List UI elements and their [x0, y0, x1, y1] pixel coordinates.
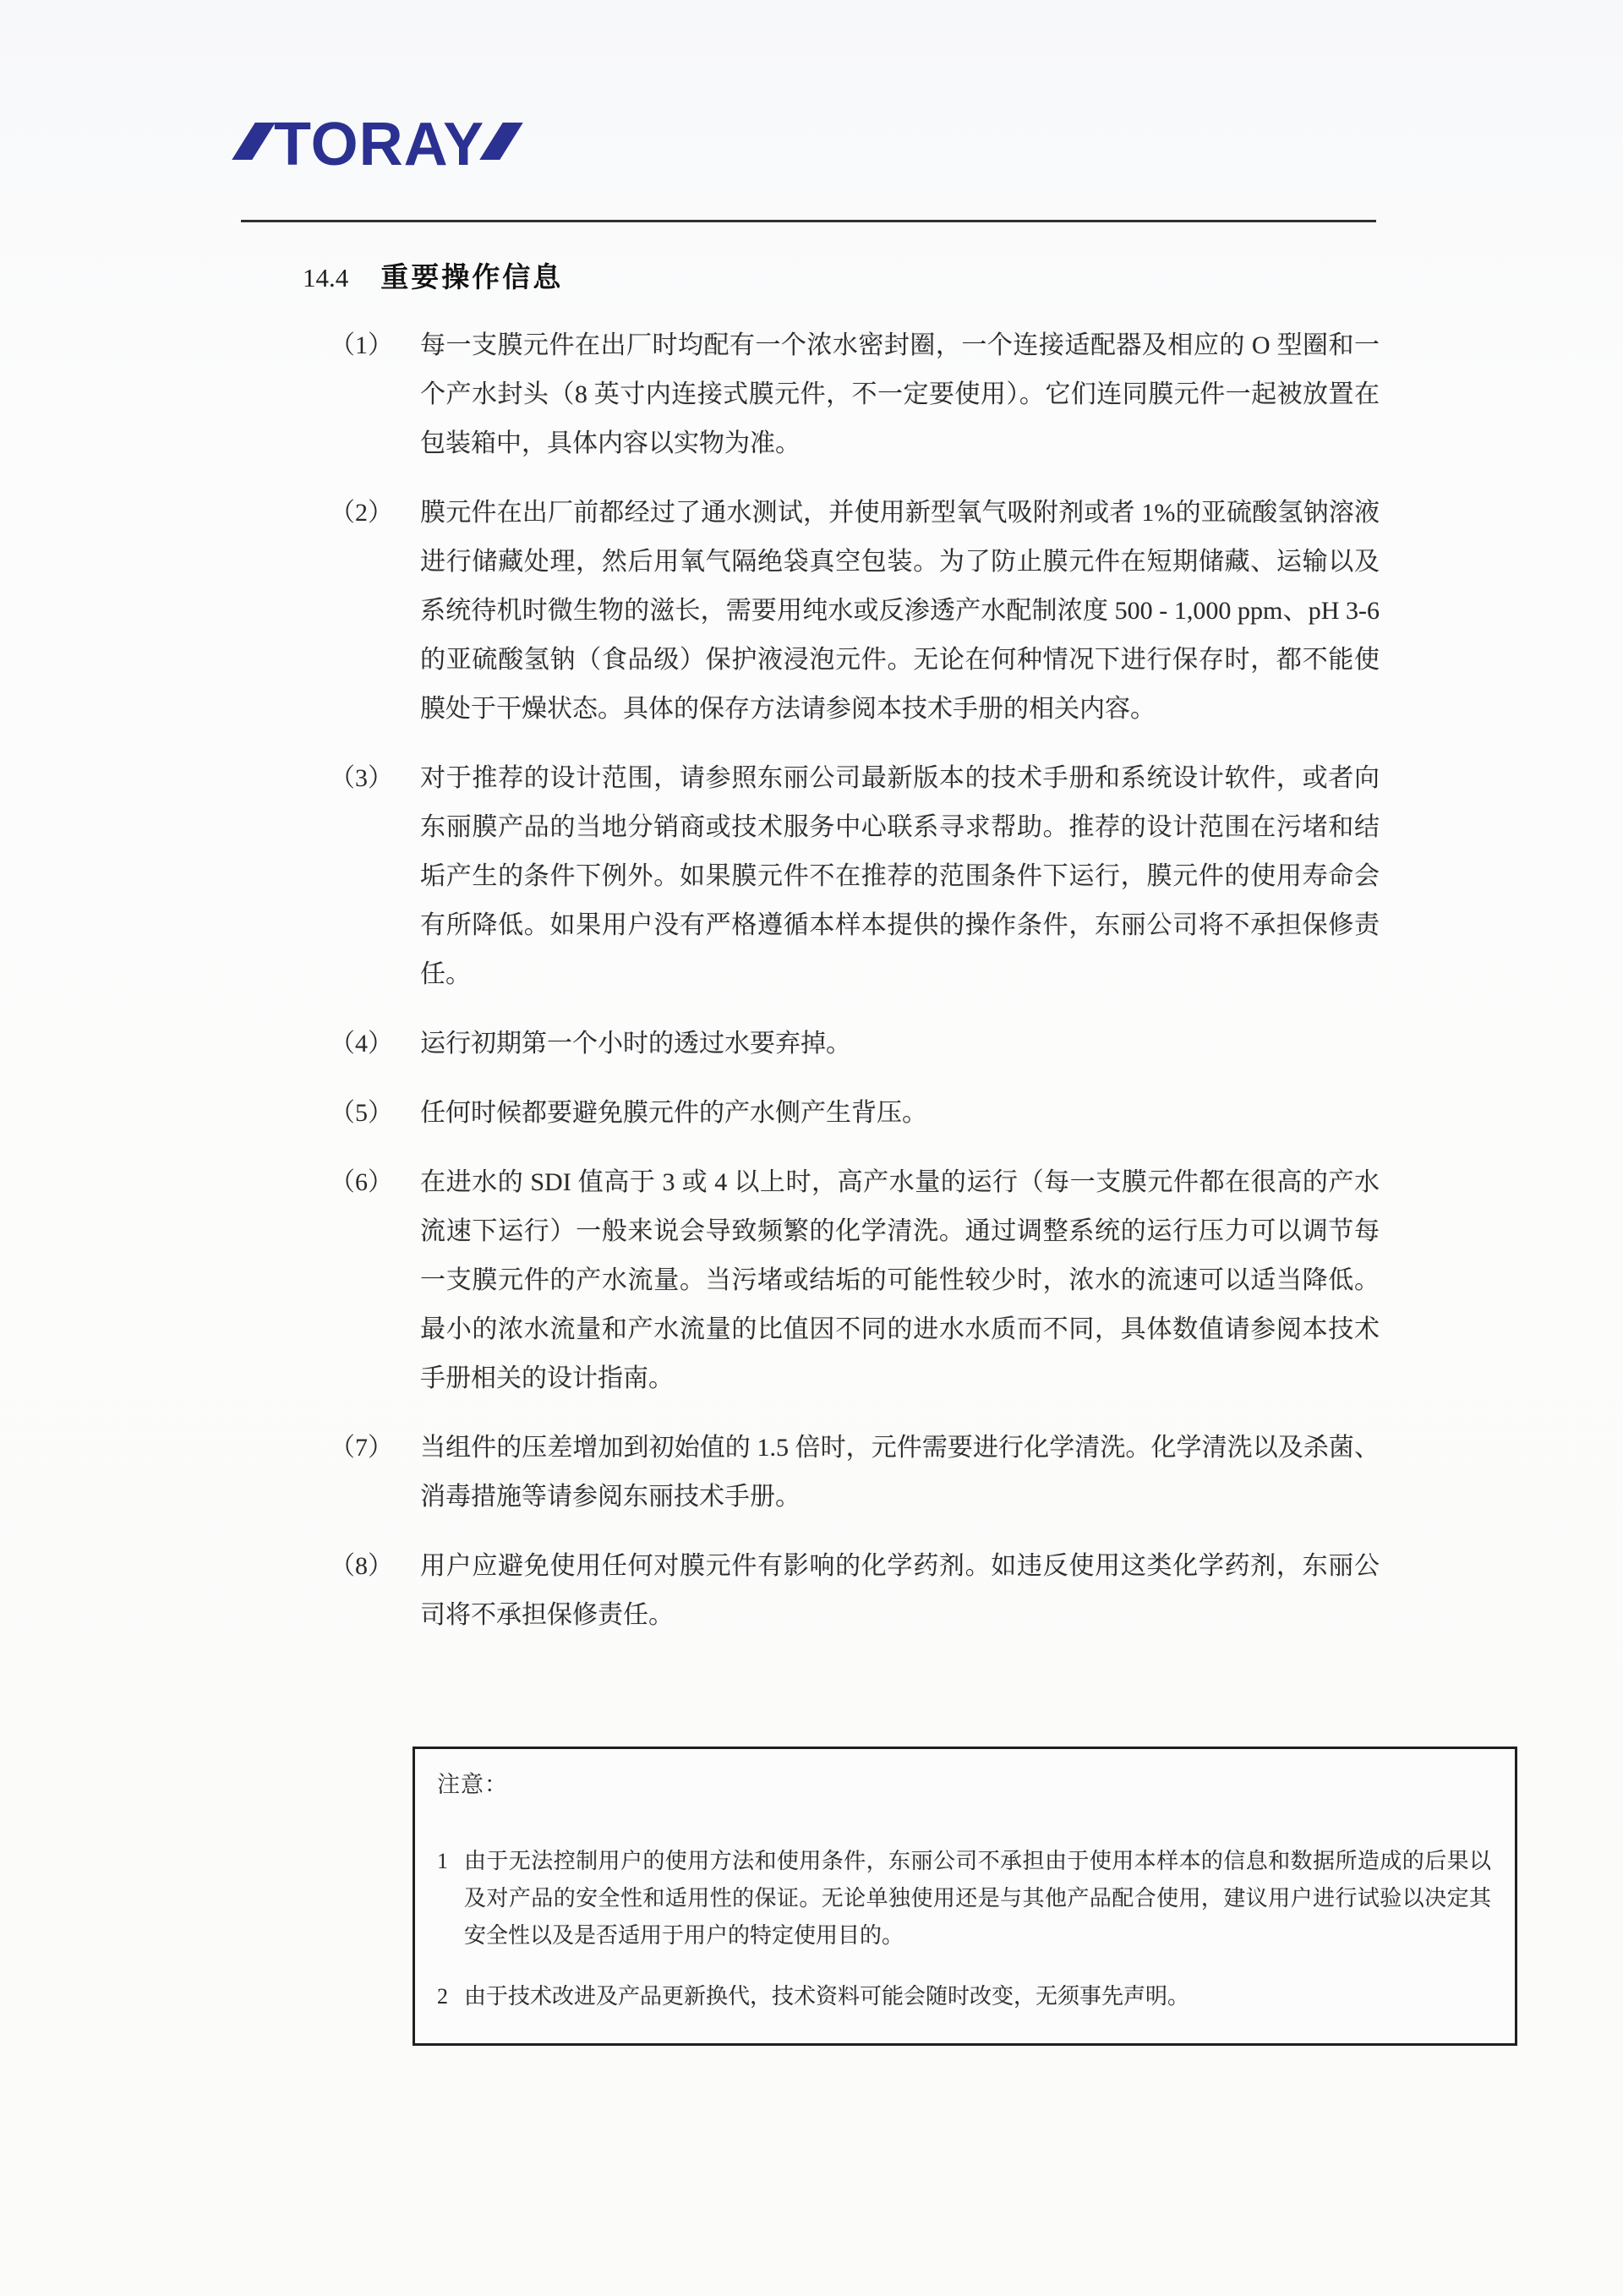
- notice-title: 注意：: [437, 1766, 1515, 1799]
- item-number: （7）: [330, 1424, 420, 1473]
- list-item: （3） 对于推荐的设计范围，请参照东丽公司最新版本的技术手册和系统设计软件，或者…: [330, 754, 1380, 999]
- list-item: （4） 运行初期第一个小时的透过水要弃掉。: [330, 1020, 1380, 1069]
- item-text: 当组件的压差增加到初始值的 1.5 倍时，元件需要进行化学清洗。化学清洗以及杀菌…: [420, 1424, 1380, 1522]
- list-item: （7） 当组件的压差增加到初始值的 1.5 倍时，元件需要进行化学清洗。化学清洗…: [330, 1424, 1380, 1522]
- list-item: （6） 在进水的 SDI 值高于 3 或 4 以上时，高产水量的运行（每一支膜元…: [330, 1158, 1380, 1403]
- list-item: （8） 用户应避免使用任何对膜元件有影响的化学药剂。如违反使用这类化学药剂，东丽…: [330, 1542, 1380, 1640]
- logo-left-quote-mark: [232, 123, 275, 160]
- item-number: （5）: [330, 1089, 420, 1138]
- logo-right-quote-mark: [479, 123, 522, 160]
- notice-text: 由于无法控制用户的使用方法和使用条件，东丽公司不承担由于使用本样本的信息和数据所…: [464, 1843, 1491, 1954]
- section-heading: 14.4重要操作信息: [303, 255, 563, 295]
- item-number: （1）: [330, 321, 420, 370]
- notice-number: 2: [437, 1978, 464, 2015]
- numbered-item-list: （1） 每一支膜元件在出厂时均配有一个浓水密封圈，一个连接适配器及相应的 O 型…: [330, 321, 1380, 1660]
- logo-text: TORAY: [274, 120, 484, 169]
- notice-box: 注意： 1 由于无法控制用户的使用方法和使用条件，东丽公司不承担由于使用本样本的…: [413, 1747, 1517, 2046]
- item-number: （4）: [330, 1020, 420, 1069]
- item-number: （8）: [330, 1542, 420, 1591]
- item-number: （6）: [330, 1158, 420, 1207]
- item-text: 任何时候都要避免膜元件的产水侧产生背压。: [420, 1089, 1380, 1138]
- notice-text: 由于技术改进及产品更新换代，技术资料可能会随时改变，无须事先声明。: [464, 1978, 1491, 2015]
- section-number: 14.4: [303, 263, 348, 292]
- item-text: 对于推荐的设计范围，请参照东丽公司最新版本的技术手册和系统设计软件，或者向东丽膜…: [420, 754, 1380, 999]
- notice-item: 1 由于无法控制用户的使用方法和使用条件，东丽公司不承担由于使用本样本的信息和数…: [437, 1843, 1491, 1954]
- item-text: 每一支膜元件在出厂时均配有一个浓水密封圈，一个连接适配器及相应的 O 型圈和一个…: [420, 321, 1380, 468]
- item-text: 膜元件在出厂前都经过了通水测试，并使用新型氧气吸附剂或者 1%的亚硫酸氢钠溶液进…: [420, 489, 1380, 734]
- list-item: （5） 任何时候都要避免膜元件的产水侧产生背压。: [330, 1089, 1380, 1138]
- section-title: 重要操作信息: [380, 263, 563, 293]
- item-text: 运行初期第一个小时的透过水要弃掉。: [420, 1020, 1380, 1069]
- list-item: （1） 每一支膜元件在出厂时均配有一个浓水密封圈，一个连接适配器及相应的 O 型…: [330, 321, 1380, 468]
- list-item: （2） 膜元件在出厂前都经过了通水测试，并使用新型氧气吸附剂或者 1%的亚硫酸氢…: [330, 489, 1380, 734]
- toray-logo: TORAY: [243, 120, 511, 169]
- item-text: 在进水的 SDI 值高于 3 或 4 以上时，高产水量的运行（每一支膜元件都在很…: [420, 1158, 1380, 1403]
- notice-number: 1: [437, 1843, 464, 1880]
- item-number: （2）: [330, 489, 420, 538]
- header-divider: [241, 220, 1376, 222]
- item-text: 用户应避免使用任何对膜元件有影响的化学药剂。如违反使用这类化学药剂，东丽公司将不…: [420, 1542, 1380, 1640]
- item-number: （3）: [330, 754, 420, 803]
- notice-item: 2 由于技术改进及产品更新换代，技术资料可能会随时改变，无须事先声明。: [437, 1978, 1491, 2015]
- document-page: TORAY 14.4重要操作信息 （1） 每一支膜元件在出厂时均配有一个浓水密封…: [0, 0, 1623, 2296]
